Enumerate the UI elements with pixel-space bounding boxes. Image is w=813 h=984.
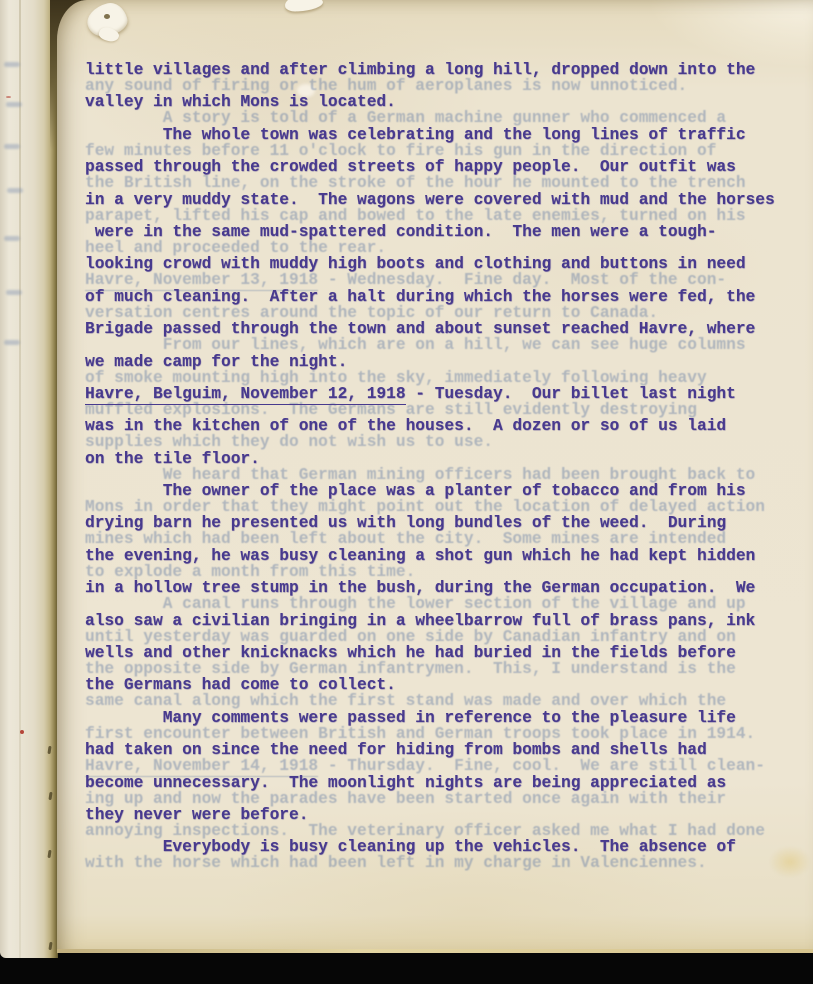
binding-stitch xyxy=(47,850,51,858)
typed-line-9: Brigade passed through the town and abou… xyxy=(85,313,811,345)
typed-line-13: on the tile floor. xyxy=(85,443,811,475)
typed-line-21: Many comments were passed in reference t… xyxy=(85,702,811,734)
diary-page: any sound of firing or the hum of aeropl… xyxy=(57,0,813,953)
typed-line-2: valley in which Mons is located. xyxy=(85,86,811,118)
torn-paper-speck xyxy=(104,14,110,19)
red-speck xyxy=(6,96,11,98)
typed-line-14: The owner of the place was a planter of … xyxy=(85,475,811,507)
screenshot-root: { "meta": { "kind": "scanned typewritten… xyxy=(0,0,813,984)
typed-line-25: Everybody is busy cleaning up the vehicl… xyxy=(85,831,811,863)
typed-line-24: they never were before. xyxy=(85,799,811,831)
page-edge-crease xyxy=(19,0,21,958)
torn-paper-notch xyxy=(285,0,324,12)
typed-line-15: drying barn he presented us with long bu… xyxy=(85,507,811,539)
typed-line-7: looking crowd with muddy high boots and … xyxy=(85,248,811,280)
typed-line-6: were in the same mud-spattered condition… xyxy=(85,216,811,248)
typed-line-19: wells and other knicknacks which he had … xyxy=(85,637,811,669)
typed-line-8: of much cleaning. After a halt during wh… xyxy=(85,281,811,313)
typed-text-layer: little villages and after climbing a lon… xyxy=(85,54,811,864)
typed-line-23: become unnecessary. The moonlight nights… xyxy=(85,767,811,799)
scanned-book-photo: any sound of firing or the hum of aeropl… xyxy=(0,0,813,984)
red-speck xyxy=(20,730,24,734)
edge-ink-mark xyxy=(6,290,22,295)
typed-line-12: was in the kitchen of one of the houses.… xyxy=(85,410,811,442)
typed-line-18: also saw a civilian bringing in a wheelb… xyxy=(85,605,811,637)
binding-stitch xyxy=(48,792,52,800)
binding-stitch xyxy=(47,746,51,754)
typed-line-3: The whole town was celebrating and the l… xyxy=(85,119,811,151)
edge-ink-mark xyxy=(6,102,22,107)
typed-line-11-underlined-date: Havre, Belguim, November 12, 1918 xyxy=(85,385,406,405)
edge-ink-mark xyxy=(4,236,20,241)
edge-ink-mark xyxy=(4,62,20,67)
typed-line-17: in a hollow tree stump in the bush, duri… xyxy=(85,572,811,604)
edge-ink-mark xyxy=(7,188,23,193)
typed-line-1: little villages and after climbing a lon… xyxy=(85,54,811,86)
edge-ink-mark xyxy=(4,340,20,345)
binding-stitch xyxy=(48,942,52,950)
typed-line-11: Havre, Belguim, November 12, 1918 - Tues… xyxy=(85,378,811,410)
edge-ink-mark xyxy=(4,144,20,149)
typed-line-4: passed through the crowded streets of ha… xyxy=(85,151,811,183)
page-bottom-edge xyxy=(57,949,813,953)
typed-line-5: in a very muddy state. The wagons were c… xyxy=(85,184,811,216)
typed-line-10: we made camp for the night. xyxy=(85,346,811,378)
typed-line-16: the evening, he was busy cleaning a shot… xyxy=(85,540,811,572)
typed-line-22: had taken on since the need for hiding f… xyxy=(85,734,811,766)
typed-line-20: the Germans had come to collect. xyxy=(85,669,811,701)
